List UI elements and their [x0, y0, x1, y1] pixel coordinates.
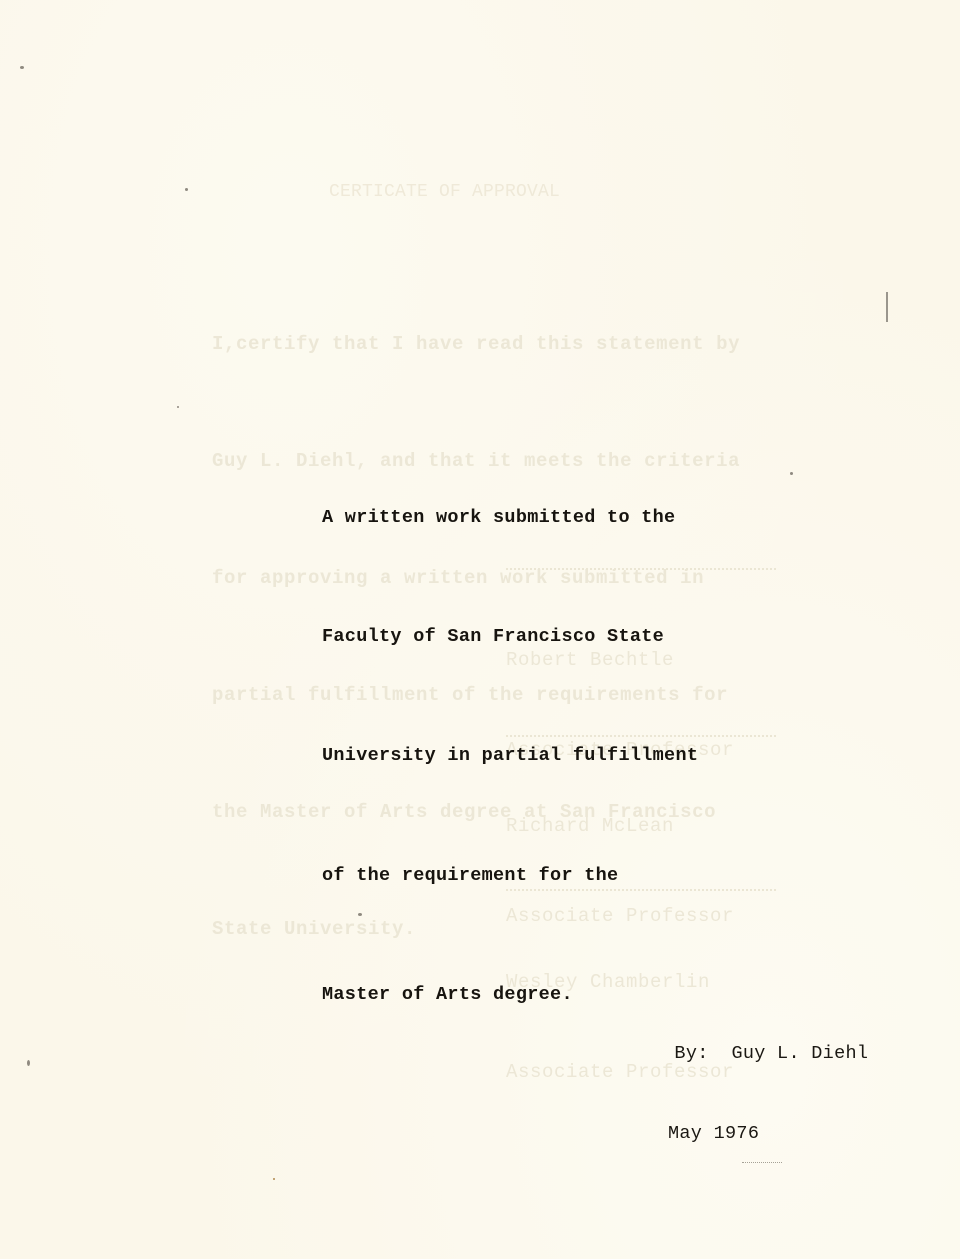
paper-speck	[790, 472, 793, 475]
paper-speck	[358, 913, 362, 916]
pencil-mark	[886, 292, 888, 322]
bleed-through-line: I,certify that I have read this statemen…	[212, 325, 740, 364]
statement-line: of the requirement for the	[322, 856, 698, 896]
bleed-through-title: CERTICATE OF APPROVAL	[329, 173, 560, 212]
paper-speck	[20, 66, 24, 69]
statement-line: A written work submitted to the	[322, 498, 698, 538]
byline-label: By:	[674, 1043, 708, 1064]
paper-mark	[742, 1162, 782, 1164]
document-page: CERTICATE OF APPROVAL I,certify that I h…	[0, 0, 960, 1259]
paper-speck	[273, 1178, 275, 1180]
author-name: Guy L. Diehl	[731, 1043, 868, 1064]
paper-speck	[185, 188, 188, 191]
paper-speck	[27, 1060, 30, 1066]
byline: By: Guy L. Diehl May 1976	[606, 914, 868, 1234]
statement-line: Faculty of San Francisco State	[322, 617, 698, 657]
paper-speck	[177, 406, 179, 408]
submission-date: May 1976	[606, 1114, 868, 1154]
statement-line: University in partial fulfillment	[322, 736, 698, 776]
